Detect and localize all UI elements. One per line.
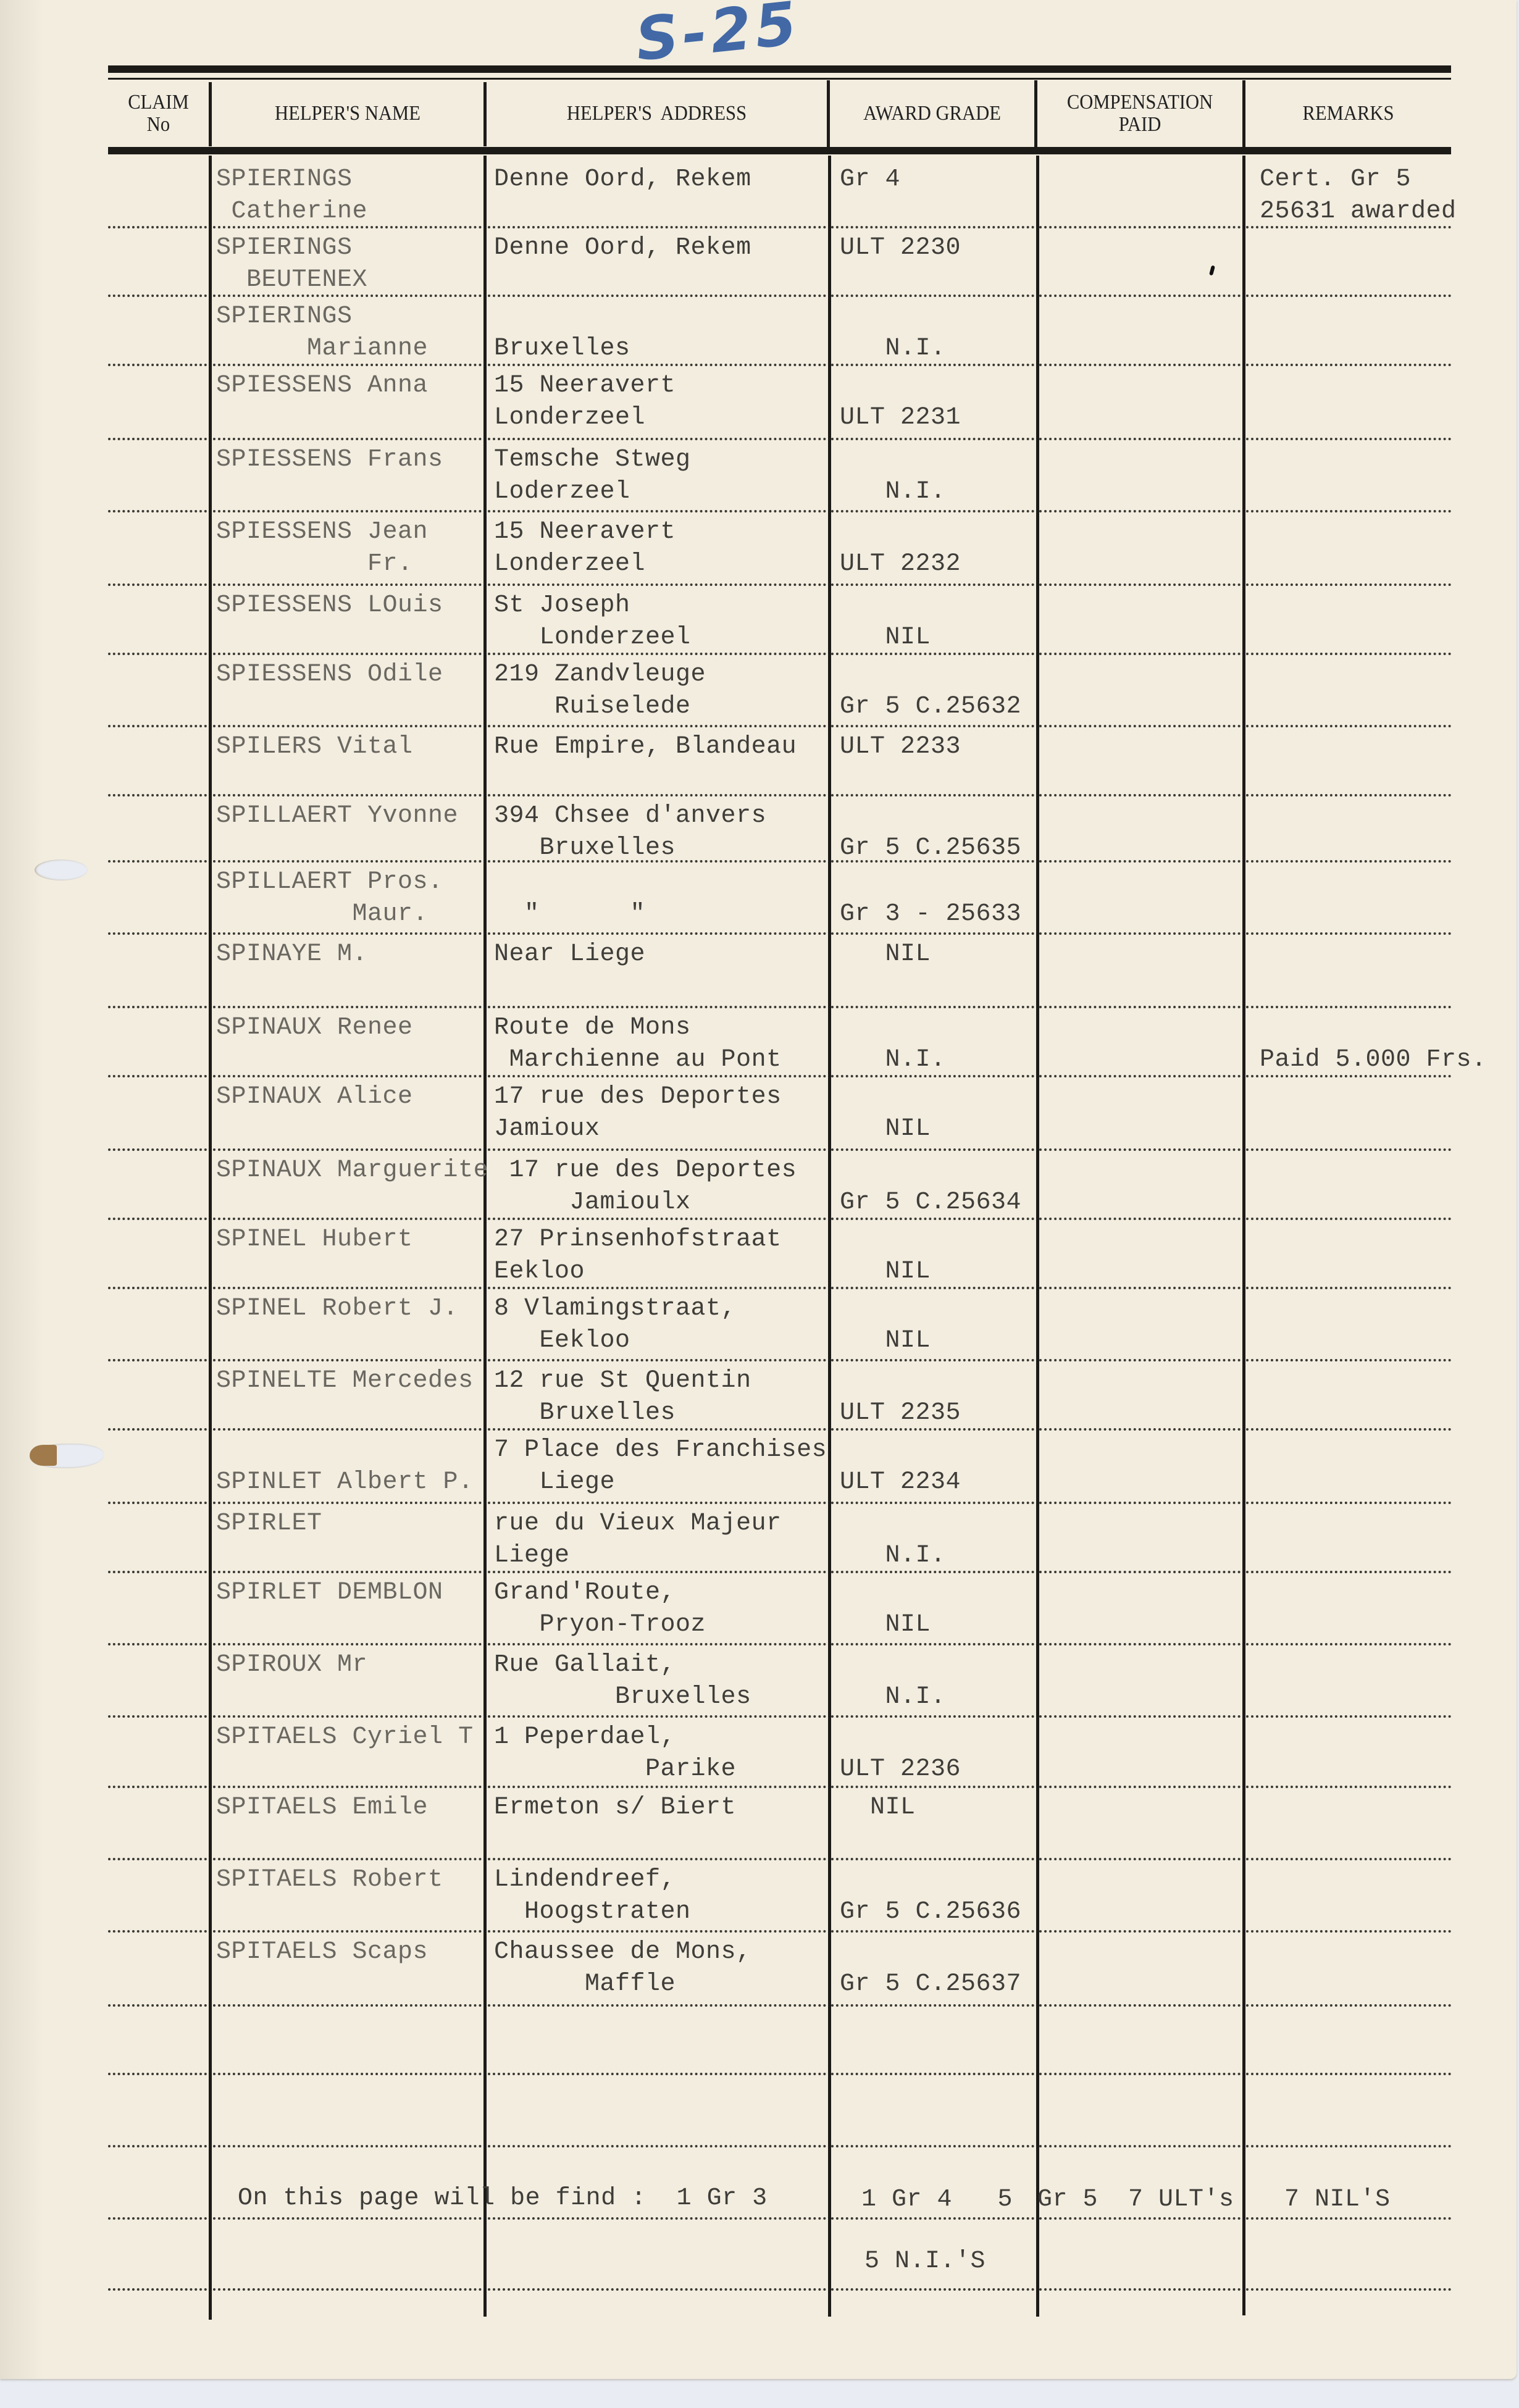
- helper-address-cell: 12 rue St Quentin Bruxelles: [494, 1365, 751, 1429]
- header-award-grade: AWARD GRADE: [840, 80, 1024, 147]
- helper-address-cell: Lindendreef, Hoogstraten: [494, 1864, 691, 1928]
- helper-address-cell: St Joseph Londerzeel: [494, 590, 691, 654]
- helper-name-cell: SPILLAERT Pros. Maur.: [216, 866, 443, 930]
- column-divider-address-award: [828, 156, 831, 2317]
- dotted-rule: [1246, 1428, 1451, 1431]
- helper-address-cell: Rue Empire, Blandeau: [494, 731, 797, 763]
- dotted-rule: [213, 1359, 482, 1361]
- dotted-rule: [1039, 583, 1241, 586]
- dotted-rule: [213, 438, 482, 440]
- dotted-rule: [1246, 1502, 1451, 1504]
- award-grade-cell: NIL: [840, 1577, 931, 1641]
- helper-name-cell: SPIESSENS Frans: [216, 444, 443, 476]
- dotted-rule: [488, 1502, 826, 1504]
- dotted-rule: [831, 583, 1034, 586]
- dotted-rule: [488, 1858, 826, 1860]
- top-thick-rule: [108, 65, 1451, 73]
- dotted-rule: [488, 794, 826, 796]
- dotted-rule: [488, 2073, 826, 2075]
- dotted-rule: [488, 295, 826, 297]
- helper-address-cell: 17 rue des Deportes Jamioux: [494, 1081, 782, 1145]
- award-grade-cell: Gr 5 C.25636: [840, 1864, 1021, 1928]
- award-grade-cell: Gr 5 C.25634: [840, 1155, 1021, 1219]
- dotted-rule: [488, 510, 826, 512]
- helper-address-cell: 27 Prinsenhofstraat Eekloo: [494, 1224, 782, 1288]
- header-compensation-paid: COMPENSATION PAID: [1048, 80, 1232, 147]
- dotted-rule: [1246, 1287, 1451, 1289]
- helper-name-cell: SPIESSENS LOuis: [216, 590, 443, 622]
- dotted-rule: [108, 1930, 207, 1933]
- dotted-rule: [213, 2145, 482, 2147]
- helper-address-cell: Grand'Route, Pryon-Trooz: [494, 1577, 706, 1641]
- award-grade-cell: ULT 2230: [840, 232, 961, 264]
- dotted-rule: [1039, 1075, 1241, 1077]
- remarks-cell: Paid 5.000 Frs.: [1260, 1012, 1487, 1076]
- dotted-rule: [213, 1715, 482, 1718]
- dotted-rule: [1039, 1218, 1241, 1220]
- dotted-rule: [1246, 2217, 1451, 2220]
- dotted-rule: [108, 364, 207, 366]
- helper-name-cell: SPIERINGS Marianne: [216, 301, 428, 365]
- dotted-rule: [108, 653, 207, 655]
- dotted-rule: [1246, 1643, 1451, 1645]
- helper-name-cell: SPINLET Albert P.: [216, 1434, 474, 1499]
- header-divider: [827, 80, 830, 147]
- dotted-rule: [831, 1786, 1034, 1788]
- dotted-rule: [831, 2217, 1034, 2220]
- dotted-rule: [831, 932, 1034, 935]
- dotted-rule: [1039, 2004, 1241, 2007]
- header-remarks: REMARKS: [1256, 80, 1441, 147]
- dotted-rule: [1246, 932, 1451, 935]
- header-helper-name: HELPER'S NAME: [225, 80, 470, 147]
- dotted-rule: [213, 1287, 482, 1289]
- helper-address-cell: Bruxelles: [494, 301, 630, 365]
- helper-name-cell: SPINEL Hubert: [216, 1224, 413, 1256]
- dotted-rule: [108, 1148, 207, 1151]
- award-grade-cell: ULT 2235: [840, 1365, 961, 1429]
- dotted-rule: [1246, 364, 1451, 366]
- dotted-rule: [1246, 2073, 1451, 2075]
- dotted-rule: [488, 226, 826, 228]
- header-divider: [483, 82, 487, 146]
- dotted-rule: [108, 295, 207, 297]
- helper-address-cell: 17 rue des Deportes Jamioulx: [494, 1155, 797, 1219]
- dotted-rule: [1246, 725, 1451, 727]
- dotted-rule: [1039, 1502, 1241, 1504]
- dotted-rule: [1246, 510, 1451, 512]
- dotted-rule: [108, 1643, 207, 1645]
- helper-address-cell: Near Liege: [494, 939, 645, 971]
- dotted-rule: [213, 2217, 482, 2220]
- column-divider-compensation-remarks: [1242, 156, 1245, 2315]
- dotted-rule: [1039, 2217, 1241, 2220]
- header-divider: [1242, 80, 1245, 147]
- dotted-rule: [1246, 1858, 1451, 1860]
- award-grade-cell: Gr 5 C.25635: [840, 800, 1021, 864]
- dotted-rule: [213, 2073, 482, 2075]
- binding-shadow: [0, 0, 43, 2379]
- award-grade-cell: N.I.: [840, 1012, 946, 1076]
- header-claim-no: CLAIM No: [113, 80, 204, 147]
- helper-name-cell: SPILERS Vital: [216, 731, 413, 763]
- helper-name-cell: SPIERINGS Catherine: [216, 164, 367, 228]
- award-grade-cell: Gr 5 C.25637: [840, 1936, 1021, 2000]
- dotted-rule: [1246, 2004, 1451, 2007]
- helper-address-cell: 219 Zandvleuge Ruiselede: [494, 659, 706, 723]
- dotted-rule: [213, 860, 482, 863]
- dotted-rule: [831, 1715, 1034, 1718]
- dotted-rule: [831, 1858, 1034, 1860]
- dotted-rule: [213, 1218, 482, 1220]
- dotted-rule: [108, 1006, 207, 1008]
- dotted-rule: [831, 2004, 1034, 2007]
- document-page: S-25 CLAIM No HELPER'S NAME HELPER'S ADD…: [0, 0, 1517, 2379]
- dotted-rule: [108, 438, 207, 440]
- header-divider: [1034, 80, 1037, 147]
- dotted-rule: [213, 725, 482, 727]
- dotted-rule: [213, 1930, 482, 1933]
- helper-name-cell: SPINAUX Marguerite: [216, 1155, 488, 1187]
- helper-name-cell: SPINELTE Mercedes: [216, 1365, 474, 1397]
- dotted-rule: [108, 583, 207, 586]
- dotted-rule: [1039, 1930, 1241, 1933]
- helper-address-cell: Rue Gallait, Bruxelles: [494, 1649, 751, 1713]
- dotted-rule: [831, 1930, 1034, 1933]
- dotted-rule: [831, 2145, 1034, 2147]
- dotted-rule: [1039, 295, 1241, 297]
- dotted-rule: [108, 1502, 207, 1504]
- dotted-rule: [1246, 1148, 1451, 1151]
- dotted-rule: [108, 1715, 207, 1718]
- dotted-rule: [1246, 860, 1451, 863]
- award-grade-cell: NIL: [840, 1293, 931, 1357]
- dotted-rule: [488, 1786, 826, 1788]
- summary-award-2: 5 N.I.'S: [864, 2246, 985, 2278]
- award-grade-cell: N.I.: [840, 1649, 946, 1713]
- dotted-rule: [488, 725, 826, 727]
- helper-name-cell: SPIESSENS Odile: [216, 659, 443, 691]
- dotted-rule: [1039, 1148, 1241, 1151]
- dotted-rule: [488, 1359, 826, 1361]
- dotted-rule: [1039, 226, 1241, 228]
- dotted-rule: [831, 1148, 1034, 1151]
- dotted-rule: [1039, 1006, 1241, 1008]
- dotted-rule: [1246, 2145, 1451, 2147]
- dotted-rule: [108, 725, 207, 727]
- dotted-rule: [831, 2288, 1034, 2291]
- dotted-rule: [1246, 1359, 1451, 1361]
- dotted-rule: [1039, 1571, 1241, 1573]
- dotted-rule: [213, 583, 482, 586]
- dotted-rule: [831, 510, 1034, 512]
- dotted-rule: [213, 932, 482, 935]
- dotted-rule: [831, 794, 1034, 796]
- dotted-rule: [831, 1643, 1034, 1645]
- dotted-rule: [1246, 653, 1451, 655]
- award-grade-cell: N.I.: [840, 301, 946, 365]
- dotted-rule: [831, 1502, 1034, 1504]
- dotted-rule: [108, 932, 207, 935]
- dotted-rule: [213, 1786, 482, 1788]
- dotted-rule: [108, 1786, 207, 1788]
- dotted-rule: [1246, 2288, 1451, 2291]
- dotted-rule: [108, 1428, 207, 1431]
- award-grade-cell: ULT 2232: [840, 516, 961, 580]
- punch-hole-icon: [35, 859, 88, 880]
- helper-address-cell: Denne Oord, Rekem: [494, 232, 751, 264]
- dotted-rule: [831, 226, 1034, 228]
- helper-name-cell: SPITAELS Cyriel T: [216, 1721, 474, 1754]
- helper-name-cell: SPINEL Robert J.: [216, 1293, 458, 1325]
- dotted-rule: [831, 1359, 1034, 1361]
- column-divider-claim-name: [209, 156, 212, 2320]
- dotted-rule: [488, 583, 826, 586]
- dotted-rule: [488, 438, 826, 440]
- dotted-rule: [1039, 2145, 1241, 2147]
- summary-award-1: 1 Gr 4 5: [861, 2184, 1013, 2216]
- dotted-rule: [488, 2217, 826, 2220]
- header-helper-address: HELPER'S ADDRESS: [504, 80, 810, 147]
- helper-name-cell: SPIRLET: [216, 1508, 322, 1540]
- summary-text: On this page will be find : 1 Gr 3: [238, 2183, 768, 2215]
- dotted-rule: [108, 860, 207, 863]
- header-divider: [209, 82, 212, 146]
- award-grade-cell: Gr 3 - 25633: [840, 866, 1021, 930]
- dotted-rule: [488, 2288, 826, 2291]
- dotted-rule: [1246, 1218, 1451, 1220]
- helper-address-cell: rue du Vieux Majeur Liege: [494, 1508, 782, 1572]
- helper-name-cell: SPIERINGS BEUTENEX: [216, 232, 367, 296]
- award-grade-cell: NIL: [840, 1081, 931, 1145]
- helper-address-cell: 7 Place des Franchises Liege: [494, 1434, 827, 1499]
- dotted-rule: [488, 1930, 826, 1933]
- helper-address-cell: 15 Neeravert Londerzeel: [494, 370, 676, 434]
- dotted-rule: [1246, 295, 1451, 297]
- dotted-rule: [108, 2145, 207, 2147]
- helper-address-cell: 1 Peperdael, Parike: [494, 1721, 736, 1786]
- helper-name-cell: SPIROUX Mr: [216, 1649, 367, 1681]
- dotted-rule: [1246, 1715, 1451, 1718]
- dotted-rule: [488, 1715, 826, 1718]
- dotted-rule: [1039, 1359, 1241, 1361]
- dotted-rule: [1039, 2073, 1241, 2075]
- award-grade-cell: N.I.: [840, 1508, 946, 1572]
- award-grade-cell: NIL: [840, 939, 931, 971]
- dotted-rule: [108, 2288, 207, 2291]
- helper-name-cell: SPINAYE M.: [216, 939, 367, 971]
- dotted-rule: [108, 2004, 207, 2007]
- dotted-rule: [1039, 510, 1241, 512]
- dotted-rule: [1039, 438, 1241, 440]
- dotted-rule: [1246, 1930, 1451, 1933]
- dotted-rule: [831, 1006, 1034, 1008]
- dotted-rule: [488, 1006, 826, 1008]
- dotted-rule: [108, 1858, 207, 1860]
- award-grade-cell: ULT 2233: [840, 731, 961, 763]
- ink-speck: [1209, 265, 1215, 275]
- award-grade-cell: Gr 4: [840, 164, 900, 196]
- helper-name-cell: SPIESSENS Anna: [216, 370, 428, 402]
- dotted-rule: [1039, 1428, 1241, 1431]
- dotted-rule: [213, 2004, 482, 2007]
- award-grade-cell: NIL: [840, 590, 931, 654]
- helper-address-cell: Chaussee de Mons, Maffle: [494, 1936, 751, 2000]
- dotted-rule: [1246, 1786, 1451, 1788]
- dotted-rule: [488, 2004, 826, 2007]
- dotted-rule: [108, 1075, 207, 1077]
- helper-name-cell: SPITAELS Robert: [216, 1864, 443, 1896]
- dotted-rule: [213, 510, 482, 512]
- dotted-rule: [488, 1148, 826, 1151]
- helper-name-cell: SPILLAERT Yvonne: [216, 800, 458, 832]
- summary-remarks-1: 7 NIL'S: [1284, 2184, 1391, 2216]
- dotted-rule: [831, 725, 1034, 727]
- dotted-rule: [108, 226, 207, 228]
- dotted-rule: [213, 1571, 482, 1573]
- torn-punch-hole-icon: [30, 1444, 104, 1468]
- dotted-rule: [1039, 1858, 1241, 1860]
- dotted-rule: [108, 1359, 207, 1361]
- dotted-rule: [213, 1858, 482, 1860]
- helper-name-cell: SPINAUX Alice: [216, 1081, 413, 1113]
- helper-address-cell: Denne Oord, Rekem: [494, 164, 751, 196]
- dotted-rule: [108, 1571, 207, 1573]
- dotted-rule: [108, 2073, 207, 2075]
- helper-name-cell: SPINAUX Renee: [216, 1012, 413, 1044]
- award-grade-cell: ULT 2231: [840, 370, 961, 434]
- award-grade-cell: NIL: [840, 1224, 931, 1288]
- helper-name-cell: SPITAELS Scaps: [216, 1936, 428, 1968]
- dotted-rule: [213, 1643, 482, 1645]
- dotted-rule: [1039, 1287, 1241, 1289]
- summary-compensation-1: Gr 5 7 ULT's: [1037, 2184, 1234, 2216]
- helper-address-cell: 15 Neeravert Londerzeel: [494, 516, 676, 580]
- award-grade-cell: NIL: [840, 1792, 916, 1824]
- dotted-rule: [108, 510, 207, 512]
- dotted-rule: [1039, 725, 1241, 727]
- column-divider-award-compensation: [1036, 156, 1039, 2317]
- dotted-rule: [831, 295, 1034, 297]
- dotted-rule: [831, 438, 1034, 440]
- dotted-rule: [213, 794, 482, 796]
- top-thin-rule: [108, 78, 1451, 80]
- dotted-rule: [1039, 1643, 1241, 1645]
- helper-name-cell: SPIESSENS Jean Fr.: [216, 516, 428, 580]
- dotted-rule: [1039, 653, 1241, 655]
- dotted-rule: [213, 1502, 482, 1504]
- dotted-rule: [213, 653, 482, 655]
- dotted-rule: [1246, 438, 1451, 440]
- dotted-rule: [1039, 932, 1241, 935]
- dotted-rule: [108, 1287, 207, 1289]
- dotted-rule: [488, 2145, 826, 2147]
- helper-address-cell: 394 Chsee d'anvers Bruxelles: [494, 800, 766, 864]
- dotted-rule: [1039, 1786, 1241, 1788]
- helper-name-cell: SPIRLET DEMBLON: [216, 1577, 443, 1609]
- dotted-rule: [213, 1148, 482, 1151]
- dotted-rule: [1039, 2288, 1241, 2291]
- helper-address-cell: Temsche Stweg Loderzeel: [494, 444, 691, 508]
- dotted-rule: [108, 794, 207, 796]
- dotted-rule: [1039, 364, 1241, 366]
- helper-address-cell: " ": [494, 866, 645, 930]
- helper-name-cell: SPITAELS Emile: [216, 1792, 428, 1824]
- helper-address-cell: Route de Mons Marchienne au Pont: [494, 1012, 782, 1076]
- dotted-rule: [488, 932, 826, 935]
- award-grade-cell: ULT 2236: [840, 1721, 961, 1786]
- helper-address-cell: Ermeton s/ Biert: [494, 1792, 736, 1824]
- dotted-rule: [1246, 583, 1451, 586]
- remarks-cell: Cert. Gr 5 25631 awarded: [1260, 164, 1457, 228]
- dotted-rule: [1039, 860, 1241, 863]
- award-grade-cell: ULT 2234: [840, 1434, 961, 1499]
- dotted-rule: [108, 2217, 207, 2220]
- dotted-rule: [1246, 1571, 1451, 1573]
- dotted-rule: [108, 1218, 207, 1220]
- dotted-rule: [1246, 794, 1451, 796]
- header-bottom-rule: [108, 147, 1451, 154]
- dotted-rule: [1039, 794, 1241, 796]
- dotted-rule: [1246, 1006, 1451, 1008]
- dotted-rule: [488, 1643, 826, 1645]
- dotted-rule: [1039, 1715, 1241, 1718]
- dotted-rule: [831, 2073, 1034, 2075]
- helper-address-cell: 8 Vlamingstraat, Eekloo: [494, 1293, 736, 1357]
- dotted-rule: [213, 1075, 482, 1077]
- award-grade-cell: N.I.: [840, 444, 946, 508]
- dotted-rule: [213, 1006, 482, 1008]
- award-grade-cell: Gr 5 C.25632: [840, 659, 1021, 723]
- column-divider-name-address: [483, 156, 487, 2317]
- dotted-rule: [213, 2288, 482, 2291]
- dotted-rule: [213, 1428, 482, 1431]
